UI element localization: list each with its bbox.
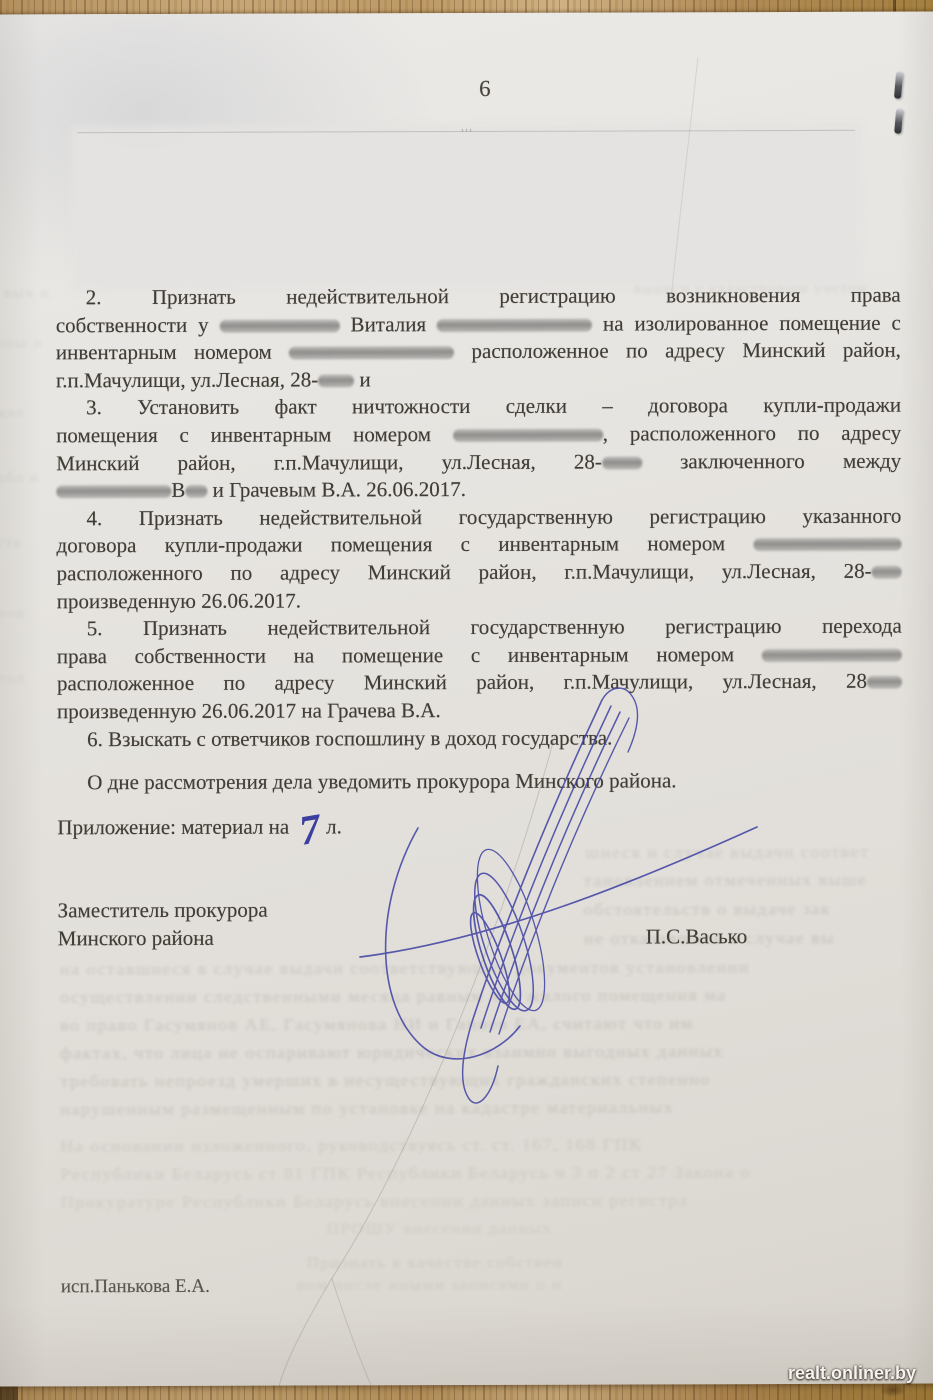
text-line: 3. Установить факт ничтожности сделки – … — [56, 392, 901, 422]
text-line: расположенное по адресу Минский район, г… — [57, 668, 902, 698]
text-line: инвентарным номером расположенное по адр… — [56, 337, 901, 367]
text-line: В и Грачевым В.А. 26.06.2017. — [56, 475, 901, 505]
redaction-bar — [318, 374, 354, 387]
text-line: 5. Признать недействительной государстве… — [57, 613, 902, 643]
text-line: расположенного по адресу Минский район, … — [57, 558, 902, 588]
page-number: 6 — [479, 75, 491, 103]
ghost-text-line: нов — [0, 605, 43, 622]
note-line: О дне рассмотрения дела уведомить прокур… — [57, 767, 902, 797]
text-line: 4. Признать недействительной государстве… — [56, 502, 901, 532]
text-line: договора купли-продажи помещения с инвен… — [56, 530, 901, 560]
ghost-text-line: ПРОШУ внесении данных — [327, 1219, 687, 1239]
document-body: 2. Признать недействительной регистрацию… — [56, 282, 902, 754]
paragraph: 6. Взыскать с ответчиков госпошлину в до… — [57, 723, 902, 753]
watermark: realt.onliner.by — [788, 1363, 916, 1384]
handwritten-count: 7 — [299, 812, 320, 850]
ghost-text-line: Республики Беларусь ст 81 ГПК Республики… — [60, 1162, 910, 1185]
text-line: произведенную 26.06.2017. — [57, 585, 902, 615]
ghost-text-line: Признать в качестве собствен — [307, 1253, 637, 1273]
paragraph: 5. Признать недействительной государстве… — [57, 613, 902, 726]
text-line: Минский район, г.п.Мачулищи, ул.Лесная, … — [56, 447, 901, 477]
ghost-text-line: обстоятельств о выдаче зак — [584, 899, 918, 920]
text-line: помещения с инвентарным номером , распол… — [56, 420, 901, 450]
signoff-title-line2: Минского района — [58, 925, 214, 953]
redaction-bar — [437, 318, 592, 331]
ghost-text-line: ''' — [461, 127, 501, 142]
paragraph: 2. Признать недействительной регистрацию… — [56, 282, 901, 395]
ghost-text-line: не отказавшись в случае вы — [584, 928, 918, 949]
photo-scene: 6 выч илвыписи с кадастровым учетомоны и… — [0, 0, 933, 1400]
ghost-text-line: Прокуратуре Республики Беларусь внесении… — [61, 1190, 901, 1213]
ghost-text-line: ств — [0, 535, 43, 552]
redaction-bar — [753, 538, 901, 551]
ghost-text-line: выч ил — [4, 285, 52, 302]
redaction-bar — [602, 456, 642, 469]
paragraph: 4. Признать недействительной государстве… — [56, 502, 901, 615]
attachment-line: Приложение: материал на 7 л. — [57, 813, 342, 848]
text-line: произведенную 26.06.2017 на Грачева В.А. — [57, 696, 902, 726]
ghost-text-line: вом числе иными записями о н — [297, 1275, 637, 1295]
attachment-prefix: Приложение: материал на — [57, 814, 289, 842]
ghost-text-line: на оставшиеся в случае выдачи соответств… — [60, 957, 914, 980]
redaction-bar — [453, 429, 603, 442]
ghost-text-line: обл н — [0, 470, 42, 487]
text-line: 6. Взыскать с ответчиков госпошлину в до… — [57, 723, 902, 753]
text-line: 2. Признать недействительной регистрацию… — [56, 282, 901, 312]
ghost-text-line: требовать непроезд умерших в несуществую… — [60, 1069, 914, 1092]
redaction-bar — [56, 485, 171, 498]
ghost-text-line: тановлением отмеченных выше — [584, 870, 918, 891]
ghost-text-line: шиеся и случае выдачи соответ — [585, 842, 915, 863]
redaction-bar — [185, 485, 207, 498]
redaction-bar — [762, 648, 902, 661]
attachment-suffix: л. — [326, 813, 342, 841]
redaction-bar — [220, 319, 340, 332]
redaction-block — [77, 130, 855, 285]
text-line: г.п.Мачулищи, ул.Лесная, 28- и — [56, 364, 901, 394]
redaction-bar — [872, 566, 902, 579]
paragraph: 3. Установить факт ничтожности сделки – … — [56, 392, 901, 505]
ghost-text-line: во право Гасумянов АЕ, Гасумянова НИ и Г… — [60, 1013, 914, 1036]
ghost-text-line: под — [0, 670, 43, 687]
text-line: собственности у Виталия на изолированное… — [56, 309, 901, 339]
redaction-bar — [289, 346, 454, 360]
ghost-text-line: осуществлении следственными месяца равны… — [60, 985, 916, 1008]
prosecutor-name: П.С.Васько — [646, 923, 748, 951]
document-page: 6 выч илвыписи с кадастровым учетомоны и… — [0, 12, 933, 1387]
ghost-text-line: нарушенным размещенным по установке на к… — [60, 1097, 910, 1120]
ghost-text-line: На основании изложенного, руководствуясь… — [60, 1134, 910, 1157]
signoff-title-line1: Заместитель прокурора — [58, 897, 268, 925]
redaction-bar — [867, 676, 902, 689]
executor-line: исп.Панькова Е.А. — [61, 1273, 210, 1301]
ghost-text-line: оны и — [0, 335, 42, 352]
ghost-text-line: жет — [0, 405, 42, 422]
text-line: права собственности на помещение с инвен… — [57, 640, 902, 670]
ghost-text-line: фактах, что лица не оспаривают юридическ… — [60, 1041, 916, 1064]
